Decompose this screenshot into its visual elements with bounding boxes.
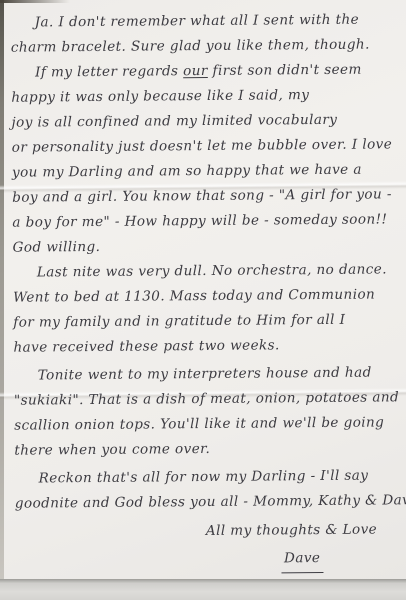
- scanner-bed-strip: [0, 579, 406, 600]
- letter-line: happy it was only because like I said, m…: [11, 82, 397, 110]
- scanned-letter-page: Ja. I don't remember what all I sent wit…: [0, 0, 406, 600]
- handwritten-letter-body: Ja. I don't remember what all I sent wit…: [11, 7, 402, 574]
- letter-line: a boy for me" - How happy will be - some…: [12, 207, 398, 235]
- scan-edge-left: [0, 0, 4, 579]
- letter-line: Last nite was very dull. No orchestra, n…: [13, 257, 399, 285]
- letter-line: joy is all confined and my limited vocab…: [11, 107, 397, 135]
- letter-line: If my letter regards our first son didn'…: [11, 57, 397, 85]
- letter-line: there when you come over.: [14, 435, 400, 463]
- letter-signature: Dave: [15, 545, 401, 574]
- scan-edge-top: [0, 0, 70, 3]
- letter-line: goodnite and God bless you all - Mommy, …: [15, 488, 401, 516]
- letter-closing: All my thoughts & Love: [15, 517, 401, 546]
- letter-line: for my family and in gratitude to Him fo…: [13, 307, 399, 335]
- letter-line: Ja. I don't remember what all I sent wit…: [11, 7, 397, 35]
- letter-line: boy and a girl. You know that song - "A …: [12, 182, 398, 210]
- letter-line: or personality just doesn't let me bubbl…: [12, 132, 398, 160]
- letter-line-segment: first son didn't seem: [208, 62, 362, 79]
- letter-line: charm bracelet. Sure glad you like them,…: [11, 32, 397, 60]
- letter-line: God willing.: [13, 232, 399, 260]
- letter-line-segment: If my letter regards: [35, 63, 183, 80]
- letter-line: you my Darling and am so happy that we h…: [12, 157, 398, 185]
- letter-line: Tonite went to my interpreters house and…: [14, 360, 400, 388]
- signature-name: Dave: [281, 546, 324, 573]
- letter-line: have received these past two weeks.: [13, 332, 399, 360]
- letter-line: Reckon that's all for now my Darling - I…: [15, 463, 401, 491]
- letter-line: Went to bed at 1130. Mass today and Comm…: [13, 282, 399, 310]
- letter-line: "sukiaki". That is a dish of meat, onion…: [14, 385, 400, 413]
- underlined-word: our: [183, 63, 208, 79]
- letter-line: scallion onion tops. You'll like it and …: [14, 410, 400, 438]
